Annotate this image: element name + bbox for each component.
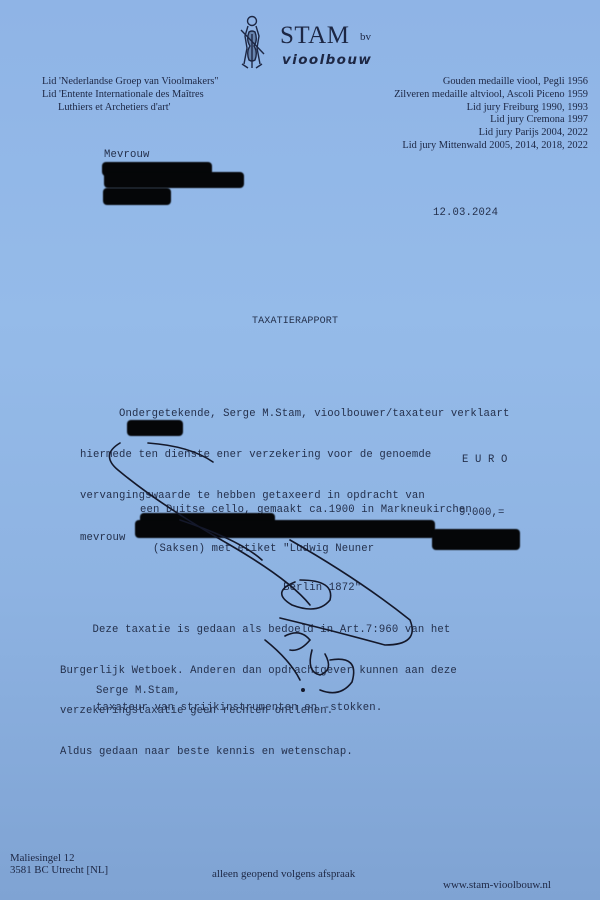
company-suffix: bv	[360, 31, 371, 43]
company-name: STAM	[280, 22, 349, 50]
item-line: (Saksen) met etiket "Ludwig Neuner	[140, 543, 472, 556]
membership-line: Lid 'Nederlandse Groep van Vioolmakers''	[42, 75, 218, 88]
address-line: 3581 BC Utrecht [NL]	[10, 864, 108, 876]
redacted-line	[432, 529, 520, 550]
cellist-figure-icon	[236, 14, 270, 70]
item-line: Berlin 1872"	[140, 582, 472, 595]
item-description: een Duitse cello, gemaakt ca.1900 in Mar…	[140, 478, 472, 608]
award-line: Gouden medaille viool, Pegli 1956	[394, 76, 588, 89]
recipient-salutation: Mevrouw	[104, 149, 150, 161]
redacted-recipient-name	[104, 172, 244, 188]
award-line: Lid jury Mittenwald 2005, 2014, 2018, 20…	[394, 140, 588, 153]
award-line: Lid jury Cremona 1997	[394, 114, 588, 127]
redacted-recipient-address	[103, 188, 171, 205]
footer-address: Maliesingel 12 3581 BC Utrecht [NL]	[10, 852, 108, 876]
document-date: 12.03.2024	[433, 207, 498, 219]
address-line: Maliesingel 12	[10, 852, 108, 864]
currency-label: E U R O	[462, 454, 508, 466]
company-subtitle: vioolbouw	[282, 52, 372, 68]
legal-line: Deze taxatie is gedaan als bedoeld in Ar…	[60, 624, 457, 638]
memberships-block: Lid 'Nederlandse Groep van Vioolmakers''…	[42, 75, 218, 114]
legal-line: Burgerlijk Wetboek. Anderen dan opdracht…	[60, 665, 457, 679]
footer-opening-note: alleen geopend volgens afspraak	[212, 868, 355, 880]
signatory-name: Serge M.Stam,	[96, 685, 181, 697]
redacted-line	[135, 520, 435, 538]
valuation-amount: 9.000,=	[459, 507, 505, 519]
redacted-client-name	[127, 420, 183, 436]
document-title: TAXATIERAPPORT	[252, 316, 338, 327]
intro-line: hiermede ten dienste ener verzekering vo…	[80, 449, 509, 463]
awards-block: Gouden medaille viool, Pegli 1956 Zilver…	[394, 76, 588, 153]
legal-line: Aldus gedaan naar beste kennis en wetens…	[60, 746, 457, 760]
membership-line: Luthiers et Archetiers d'art'	[42, 101, 218, 114]
signatory-title: taxateur van strijkinstrumenten en -stok…	[96, 702, 382, 714]
footer-website-link[interactable]: www.stam-vioolbouw.nl	[443, 879, 551, 891]
membership-line: Lid 'Entente Internationale des Maîtres	[42, 88, 218, 101]
award-line: Lid jury Freiburg 1990, 1993	[394, 102, 588, 115]
award-line: Lid jury Parijs 2004, 2022	[394, 127, 588, 140]
company-logo: STAM bv vioolbouw	[236, 14, 376, 72]
award-line: Zilveren medaille altviool, Ascoli Picen…	[394, 89, 588, 102]
